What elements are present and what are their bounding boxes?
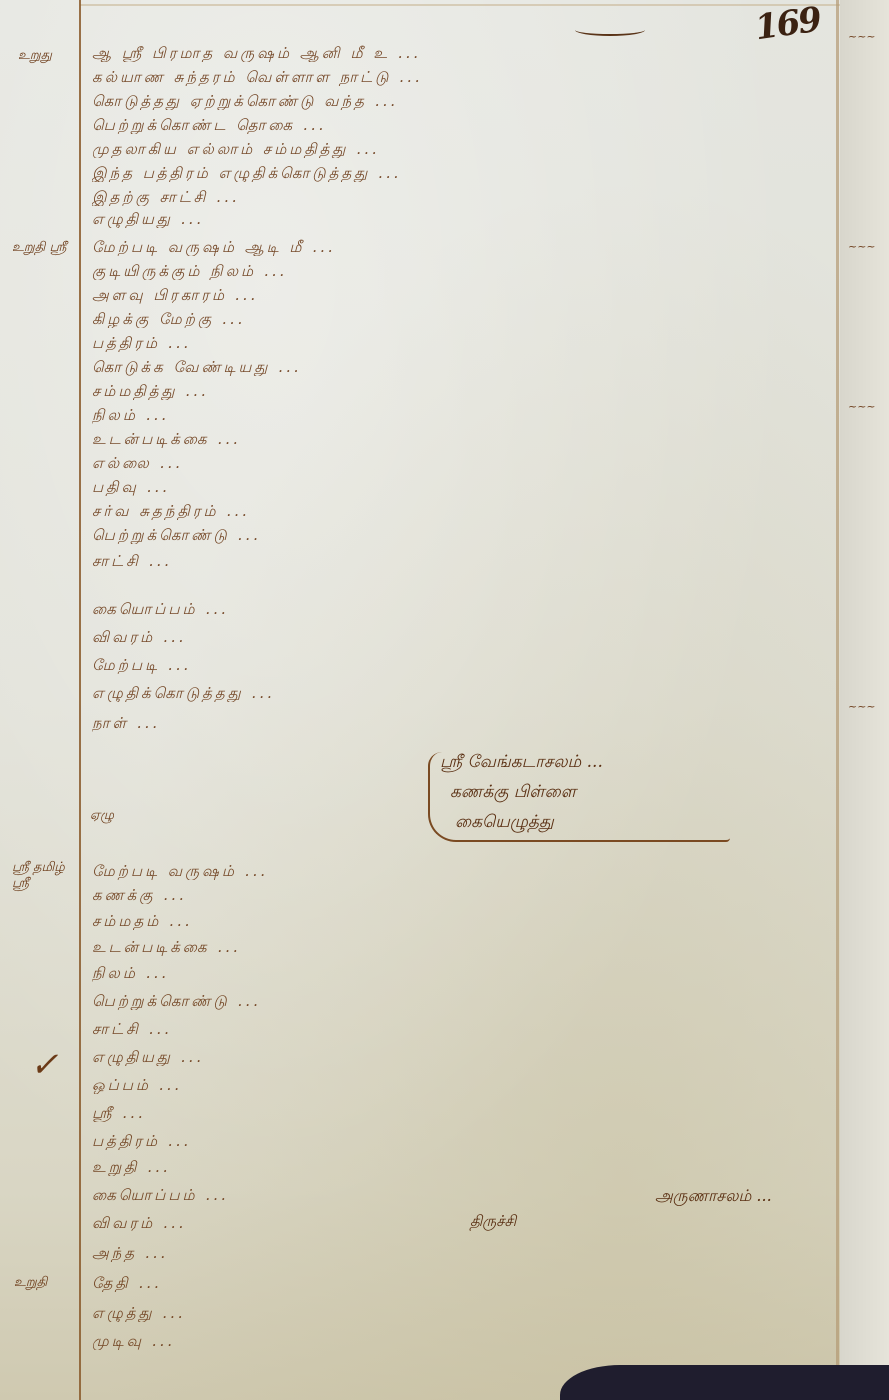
margin-note: உறுதி: [14, 1275, 47, 1291]
ink-flourish: [575, 24, 645, 36]
text-line: எழுதியது ...: [92, 210, 412, 228]
margin-note: ஸ்ரீ தமிழ் ஸ்ரீ: [12, 860, 74, 892]
text-line: ஒப்பம் ...: [92, 1076, 832, 1094]
adjacent-page-text: ~~~: [848, 30, 884, 42]
text-line: நிலம் ...: [92, 406, 832, 424]
text-line: விவரம் ...: [92, 628, 832, 646]
text-line: உடன்படிக்கை ...: [92, 430, 832, 448]
text-line: ஸ்ரீ ...: [92, 1104, 832, 1122]
closing-signature: அருணாசலம் ...: [655, 1186, 772, 1207]
adjacent-page-text: ~~~: [848, 700, 884, 712]
right-margin-rule: [836, 0, 839, 1400]
text-line: தேதி ...: [92, 1274, 832, 1292]
text-line: பத்திரம் ...: [92, 334, 832, 352]
top-rule: [80, 4, 840, 6]
text-line: சாட்சி ...: [92, 1020, 832, 1038]
text-line: எல்லை ...: [92, 454, 832, 472]
text-line: மேற்படி ...: [92, 656, 832, 674]
text-line: நிலம் ...: [92, 964, 832, 982]
margin-note: உறுது: [18, 48, 52, 64]
text-line: குடியிருக்கும் நிலம் ...: [92, 262, 832, 280]
text-line: பதிவு ...: [92, 478, 832, 496]
text-line: கையொப்பம் ...: [92, 600, 832, 618]
text-line: ஆ ஸ்ரீ பிரமாத வருஷம் ஆனி மீ உ ...: [92, 44, 822, 62]
text-line: மேற்படி வருஷம் ...: [92, 862, 832, 880]
signature-line: கையெழுத்து: [455, 812, 554, 834]
signature-line: ஸ்ரீ வேங்கடாசலம் ...: [440, 752, 603, 774]
text-line: அந்த ...: [92, 1244, 832, 1262]
text-line: கிழக்கு மேற்கு ...: [92, 310, 832, 328]
text-line: முடிவு ...: [92, 1332, 532, 1350]
text-line: பத்திரம் ...: [92, 1132, 832, 1150]
text-line: கையொப்பம் ...: [92, 1186, 612, 1204]
background-edge: [560, 1365, 889, 1400]
left-margin-rule: [79, 0, 81, 1400]
text-line: விவரம் ...: [92, 1214, 432, 1232]
marginal-mark: ஏழு: [90, 808, 114, 824]
text-line: எழுத்து ...: [92, 1304, 832, 1322]
closing-place: திருச்சி: [470, 1212, 516, 1232]
text-line: இந்த பத்திரம் எழுதிக்கொடுத்தது ...: [92, 164, 832, 182]
text-line: உறுதி ...: [92, 1158, 832, 1176]
manuscript-page: 169 உறுது உறுதி ஸ்ரீ ஸ்ரீ தமிழ் ஸ்ரீ ✓ உ…: [0, 0, 889, 1400]
page-number: 169: [753, 0, 823, 48]
text-line: அளவு பிரகாரம் ...: [92, 286, 832, 304]
text-line: பெற்றுக்கொண்டு ...: [92, 992, 832, 1010]
text-line: கணக்கு ...: [92, 886, 832, 904]
text-line: இதற்கு சாட்சி ...: [92, 188, 812, 206]
text-line: சர்வ சுதந்திரம் ...: [92, 502, 832, 520]
text-line: எழுதியது ...: [92, 1048, 832, 1066]
text-line: மேற்படி வருஷம் ஆடி மீ ...: [92, 238, 832, 256]
adjacent-page-text: ~~~: [848, 240, 884, 252]
text-line: பெற்றுக்கொண்டு ...: [92, 526, 832, 544]
text-line: எழுதிக்கொடுத்தது ...: [92, 684, 832, 702]
text-line: கொடுத்தது ஏற்றுக்கொண்டு வந்த ...: [92, 92, 832, 110]
signature-line: கணக்கு பிள்ளை: [450, 782, 576, 804]
margin-note: உறுதி ஸ்ரீ: [12, 240, 74, 256]
text-line: சம்மதித்து ...: [92, 382, 832, 400]
text-line: கொடுக்க வேண்டியது ...: [92, 358, 832, 376]
text-line: முதலாகிய எல்லாம் சம்மதித்து ...: [92, 140, 832, 158]
adjacent-page-text: ~~~: [848, 400, 884, 412]
text-line: உடன்படிக்கை ...: [92, 938, 832, 956]
text-line: சாட்சி ...: [92, 552, 832, 570]
check-mark: ✓: [30, 1045, 59, 1085]
text-line: சம்மதம் ...: [92, 912, 832, 930]
text-line: நாள் ...: [92, 714, 832, 732]
text-line: கல்யாண சுந்தரம் வெள்ளாள நாட்டு ...: [92, 68, 832, 86]
text-line: பெற்றுக்கொண்ட தொகை ...: [92, 116, 832, 134]
